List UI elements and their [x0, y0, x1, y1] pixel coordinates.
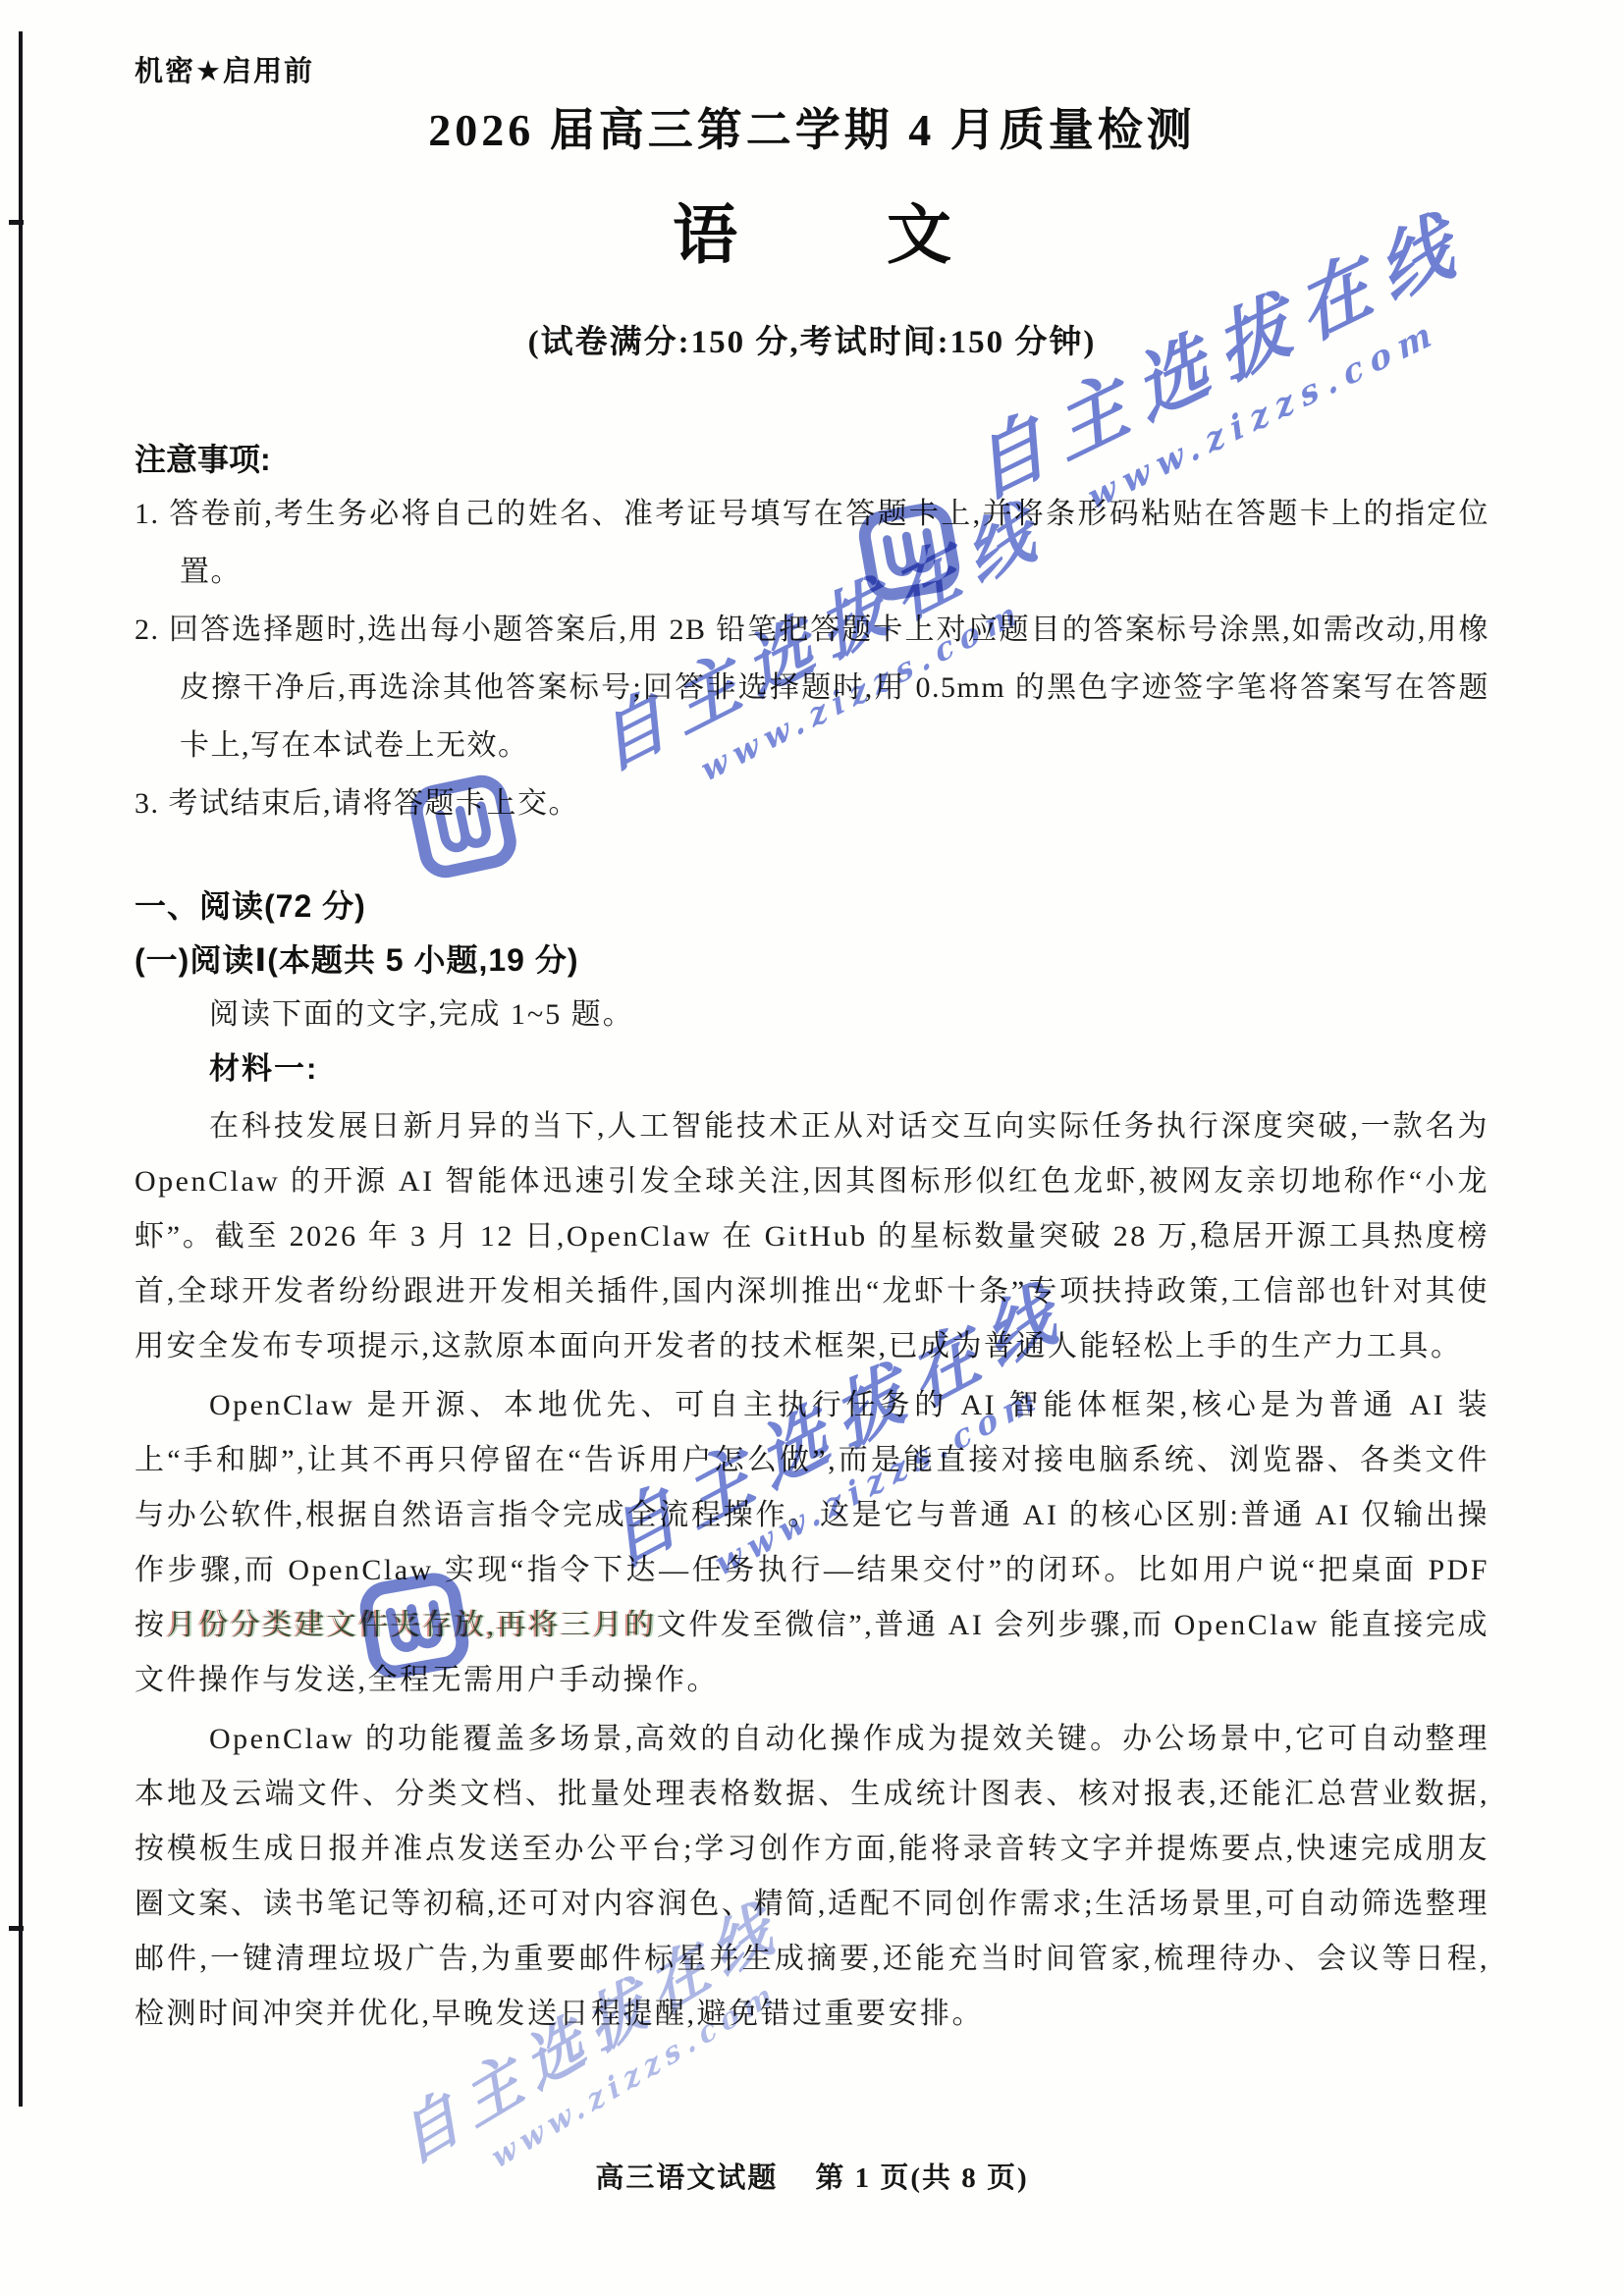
scan-edge-tick: [9, 1926, 24, 1931]
paragraph-2-segment: OpenClaw 是开源、本地优先、可自主执行任务的 AI 智能体框架,核心是为…: [135, 1389, 1489, 1641]
exam-info-line: (试卷满分:150 分,考试时间:150 分钟): [0, 316, 1624, 362]
subject-char: 语: [673, 183, 737, 276]
classification-label: 机密★启用前: [135, 49, 314, 89]
section-heading-reading: 一、阅读(72 分): [135, 880, 1489, 934]
subject-char: 文: [887, 183, 951, 276]
subject-title: 语 文: [0, 183, 1624, 276]
page-content: 注意事项: 1. 答卷前,考生务必将自己的姓名、准考证号填写在答题卡上,并将条形…: [135, 434, 1489, 2042]
material-paragraph-3: OpenClaw 的功能覆盖多场景,高效的自动化操作成为提效关键。办公场景中,它…: [135, 1712, 1489, 2042]
section-gap: [135, 832, 1489, 880]
material-paragraph-2: OpenClaw 是开源、本地优先、可自主执行任务的 AI 智能体框架,核心是为…: [135, 1378, 1489, 1708]
paragraph-2-misprint-segment: 月份分类建文件夹存放,再将三月的: [167, 1609, 657, 1641]
footer-page-number: 第 1 页(共 8 页): [815, 2156, 1028, 2196]
exam-title: 2026 届高三第二学期 4 月质量检测: [0, 94, 1624, 159]
notice-heading: 注意事项:: [135, 434, 1489, 485]
material-paragraph-1: 在科技发展日新月异的当下,人工智能技术正从对话交互向实际任务执行深度突破,一款名…: [135, 1099, 1489, 1374]
material-one-label: 材料一:: [135, 1041, 1489, 1095]
notice-item-3: 3. 考试结束后,请将答题卡上交。: [135, 774, 1489, 832]
reading-instruction: 阅读下面的文字,完成 1~5 题。: [135, 988, 1489, 1041]
subsection-heading-reading-1: (一)阅读Ⅰ(本题共 5 小题,19 分): [135, 934, 1489, 988]
page-footer: 高三语文试题 第 1 页(共 8 页): [0, 2156, 1624, 2196]
exam-paper-page: 机密★启用前 2026 届高三第二学期 4 月质量检测 语 文 (试卷满分:15…: [0, 0, 1624, 2296]
notice-item-1: 1. 答卷前,考生务必将自己的姓名、准考证号填写在答题卡上,并将条形码粘贴在答题…: [135, 485, 1489, 601]
notice-item-2: 2. 回答选择题时,选出每小题答案后,用 2B 铅笔把答题卡上对应题目的答案标号…: [135, 601, 1489, 774]
footer-doc-label: 高三语文试题: [595, 2156, 778, 2196]
